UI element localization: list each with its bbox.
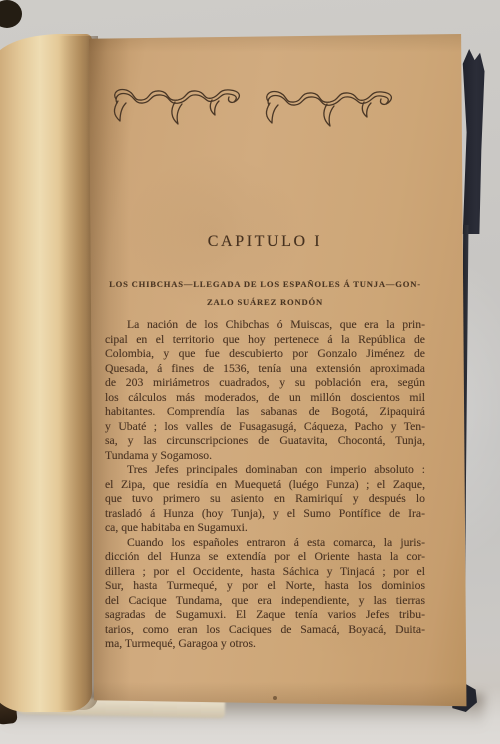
text-line: y Ubaté ; los valles de Fusagasugá, Cáqu… bbox=[105, 420, 425, 435]
text-line: dillera ; por el Occidente, hasta Sáchic… bbox=[105, 565, 425, 580]
book-page: CAPITULO I LOS CHIBCHAS—LLEGADA DE LOS E… bbox=[84, 32, 468, 709]
text-line: Sur, hasta Turmequé, y por el Norte, has… bbox=[105, 579, 425, 594]
text-line: los cálculos más moderados, de un millón… bbox=[105, 391, 425, 406]
text-line: ca, que habitaba en Sugamuxi. bbox=[105, 521, 425, 536]
subtitle-line: ZALO SUÁREZ RONDÓN bbox=[105, 293, 425, 311]
book-photo: CAPITULO I LOS CHIBCHAS—LLEGADA DE LOS E… bbox=[0, 0, 500, 744]
text-line: Quesada, á fines de 1536, tenía una exte… bbox=[105, 362, 425, 377]
paper-speck bbox=[273, 696, 277, 700]
text-line: Tundama y Sogamoso. bbox=[105, 449, 425, 464]
ribbon-ornament-icon bbox=[108, 83, 408, 129]
text-line: habitantes. Comprendía las sabanas de Bo… bbox=[105, 405, 425, 420]
text-line: ma, Turmequé, Garagoa y otros. bbox=[105, 637, 425, 652]
text-line: dicción del Hunza se extendía por el Ori… bbox=[105, 550, 425, 565]
page-content: CAPITULO I LOS CHIBCHAS—LLEGADA DE LOS E… bbox=[105, 32, 425, 709]
subtitle-line: LOS CHIBCHAS—LLEGADA DE LOS ESPAÑOLES Á … bbox=[105, 275, 425, 293]
text-line: el Zipa, que residía en Muequetá (luégo … bbox=[105, 478, 425, 493]
text-line: del Cacique Tundama, que era independien… bbox=[105, 594, 425, 609]
body-text: La nación de los Chibchas ó Muiscas, que… bbox=[105, 318, 425, 652]
text-line: que tuvo primero su asiento en Ramiriquí… bbox=[105, 492, 425, 507]
chapter-subtitle: LOS CHIBCHAS—LLEGADA DE LOS ESPAÑOLES Á … bbox=[105, 275, 425, 311]
text-line: Tres Jefes principales dominaban con imp… bbox=[105, 463, 425, 478]
text-line: trasladó á Hunza (hoy Tunja), y el Sumo … bbox=[105, 507, 425, 522]
text-line: tarios, como eran los Caciques de Samacá… bbox=[105, 623, 425, 638]
text-line: sagradas de Sugamuxi. El Zaque tenía var… bbox=[105, 608, 425, 623]
text-line: Colombia, y que fue descubierto por Gonz… bbox=[105, 347, 425, 362]
text-line: La nación de los Chibchas ó Muiscas, que… bbox=[105, 318, 425, 333]
text-line: cipal en el territorio que hoy pertenece… bbox=[105, 333, 425, 348]
chapter-title: CAPITULO I bbox=[105, 233, 425, 251]
text-line: de 203 miriámetros cuadrados, y su pobla… bbox=[105, 376, 425, 391]
text-line: Cuando los españoles entraron á esta com… bbox=[105, 536, 425, 551]
text-line: sa, y las circunscripciones de Guatavita… bbox=[105, 434, 425, 449]
